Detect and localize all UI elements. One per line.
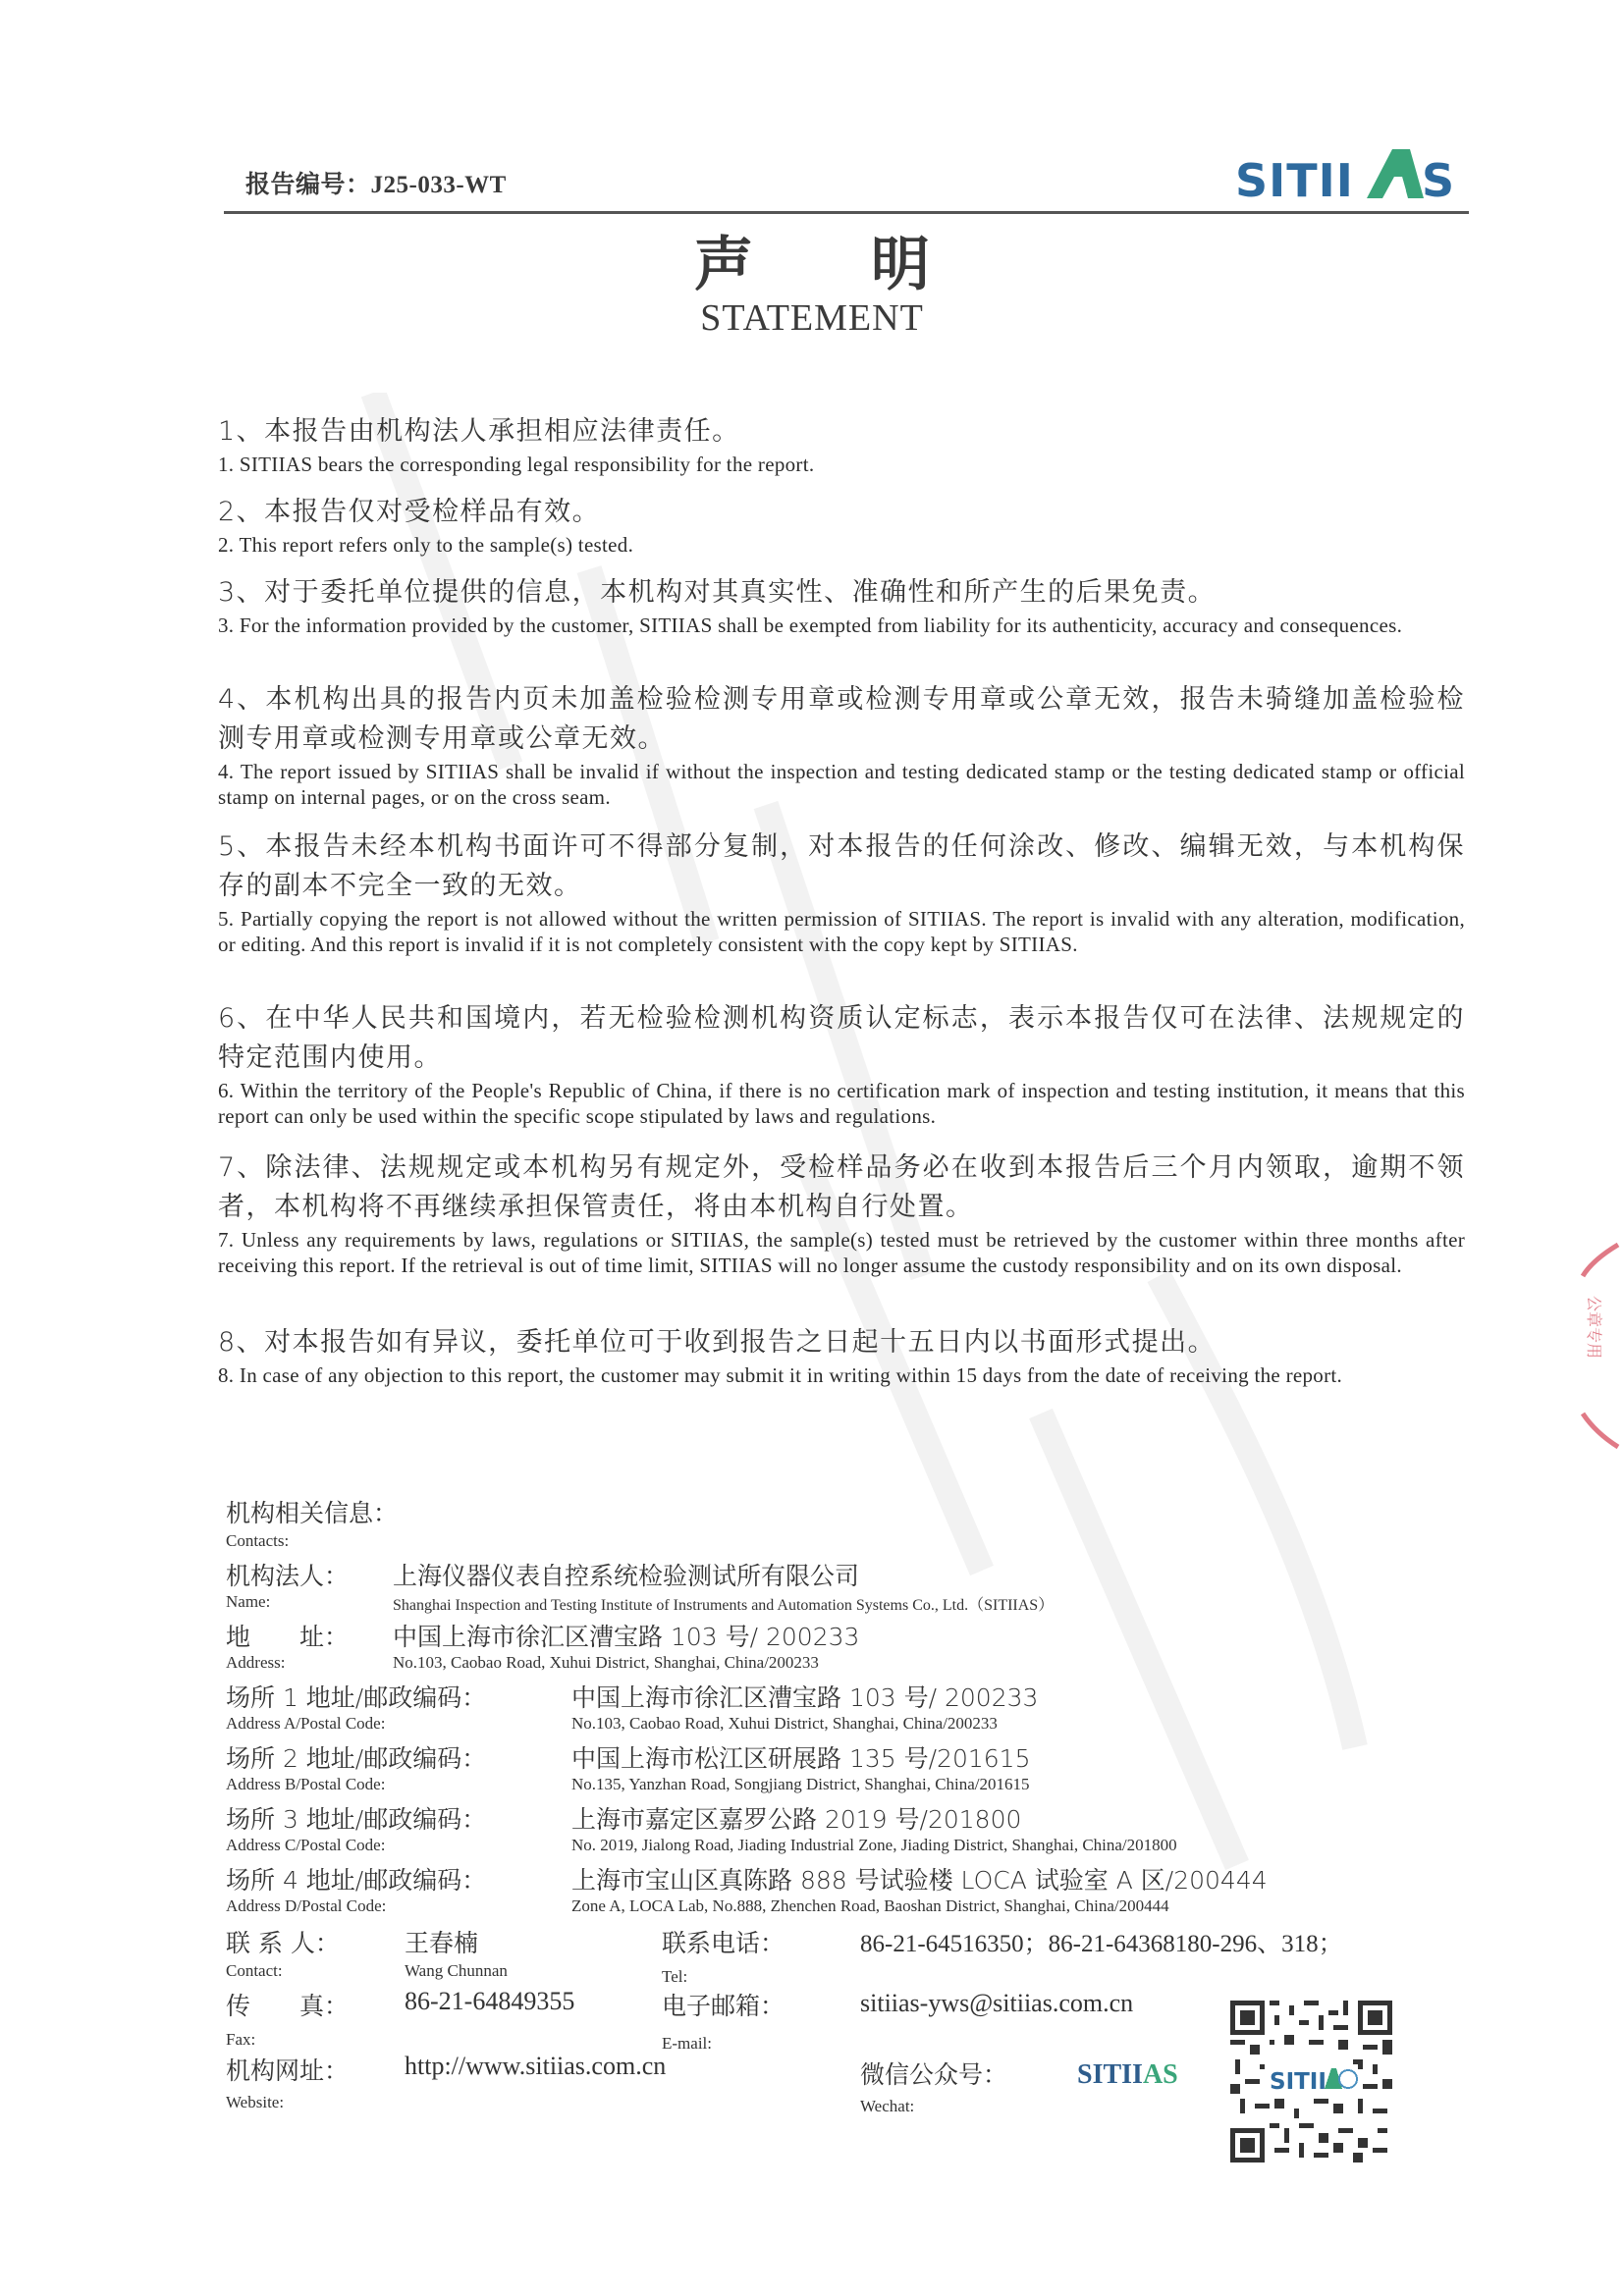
fax-label-en: Fax: [226, 2030, 255, 2050]
statement-en: 7. Unless any requirements by laws, regu… [218, 1227, 1465, 1278]
email-value[interactable]: sitiias-yws@sitiias.com.cn [860, 1989, 1133, 2018]
statement-cn: 4、本机构出具的报告内页未加盖检验检测专用章或检测专用章或公章无效，报告未骑缝加… [218, 680, 1465, 759]
wechat-account-main: SITII [1077, 2059, 1143, 2090]
statement-cn: 3、对于委托单位提供的信息，本机构对其真实性、准确性和所产生的后果免责。 [218, 573, 1465, 613]
website-link[interactable]: http://www.sitiias.com.cn [405, 2052, 666, 2081]
website-label-en: Website: [226, 2093, 284, 2112]
site-2-label-cn: 场所 2 地址/邮政编码： [226, 1739, 486, 1775]
wechat-account-accent: AS [1143, 2059, 1178, 2090]
report-number: 报告编号：J25-033-WT [245, 165, 507, 200]
site-1-value-en: No.103, Caobao Road, Xuhui District, Sha… [571, 1714, 998, 1734]
header-divider [224, 211, 1469, 214]
statement-cn: 5、本报告未经本机构书面许可不得部分复制，对本报告的任何涂改、修改、编辑无效，与… [218, 828, 1465, 906]
contact-value-en: Wang Chunnan [405, 1961, 508, 1981]
statement-cn: 2、本报告仅对受检样品有效。 [218, 493, 1465, 532]
statement-4: 4、本机构出具的报告内页未加盖检验检测专用章或检测专用章或公章无效，报告未骑缝加… [218, 680, 1465, 810]
contacts-heading-en: Contacts: [226, 1531, 289, 1551]
site-3-label-cn: 场所 3 地址/邮政编码： [226, 1800, 486, 1836]
svg-text:S: S [1422, 154, 1454, 202]
website-label-cn: 机构网址： [226, 2052, 349, 2087]
email-label-en: E-mail: [662, 2034, 712, 2054]
contacts-heading-cn: 机构相关信息： [226, 1494, 398, 1529]
statement-6: 6、在中华人民共和国境内，若无检验检测机构资质认定标志，表示本报告仅可在法律、法… [218, 999, 1465, 1129]
statement-cn: 1、本报告由机构法人承担相应法律责任。 [218, 412, 1465, 452]
tel-value[interactable]: 86-21-64516350；86-21-64368180-296、318； [860, 1924, 1343, 1959]
address-value-en: No.103, Caobao Road, Xuhui District, Sha… [393, 1653, 819, 1673]
statement-2: 2、本报告仅对受检样品有效。 2. This report refers onl… [218, 493, 1465, 558]
site-1-label-en: Address A/Postal Code: [226, 1714, 385, 1734]
svg-text:SITII: SITII [1235, 154, 1354, 202]
site-4-label-cn: 场所 4 地址/邮政编码： [226, 1861, 486, 1896]
statement-5: 5、本报告未经本机构书面许可不得部分复制，对本报告的任何涂改、修改、编辑无效，与… [218, 828, 1465, 957]
site-1-value-cn: 中国上海市徐汇区漕宝路 103 号/ 200233 [571, 1679, 1038, 1714]
statement-en: 1. SITIIAS bears the corresponding legal… [218, 452, 1465, 477]
report-number-label: 报告编号： [245, 172, 371, 198]
name-label-en: Name: [226, 1592, 270, 1612]
statement-cn: 8、对本报告如有异议，委托单位可于收到报告之日起十五日内以书面形式提出。 [218, 1323, 1465, 1362]
wechat-label-en: Wechat: [860, 2097, 914, 2116]
fax-label-cn: 传 真： [226, 1987, 349, 2022]
address-value-cn: 中国上海市徐汇区漕宝路 103 号/ 200233 [393, 1618, 859, 1653]
email-label-cn: 电子邮箱： [662, 1987, 785, 2022]
site-1-label-cn: 场所 1 地址/邮政编码： [226, 1679, 486, 1714]
qr-code-icon[interactable]: SITII [1230, 2001, 1392, 2163]
wechat-label-cn: 微信公众号： [860, 2056, 1007, 2091]
contact-label-en: Contact: [226, 1961, 283, 1981]
site-4-label-en: Address D/Postal Code: [226, 1896, 386, 1916]
fax-value: 86-21-64849355 [405, 1987, 574, 2016]
name-value-en: Shanghai Inspection and Testing Institut… [393, 1592, 1054, 1615]
title-chinese: 声明 [0, 218, 1624, 302]
statement-cn: 7、除法律、法规规定或本机构另有规定外，受检样品务必在收到本报告后三个月内领取，… [218, 1148, 1465, 1227]
name-label-cn: 机构法人： [226, 1557, 349, 1592]
report-number-value: J25-033-WT [371, 172, 507, 198]
svg-text:公章专用: 公章专用 [1585, 1296, 1603, 1359]
title-english: STATEMENT [0, 296, 1624, 340]
statement-en: 8. In case of any objection to this repo… [218, 1362, 1465, 1388]
site-3-value-en: No. 2019, Jialong Road, Jiading Industri… [571, 1836, 1177, 1855]
site-2-value-en: No.135, Yanzhan Road, Songjiang District… [571, 1775, 1030, 1794]
statement-en: 4. The report issued by SITIIAS shall be… [218, 759, 1465, 810]
address-label-cn: 地 址： [226, 1618, 349, 1653]
seal-stamp-icon: 公章专用 [1569, 1237, 1624, 1453]
statement-en: 6. Within the territory of the People's … [218, 1078, 1465, 1129]
wechat-account-logo: SITIIAS [1077, 2059, 1178, 2091]
site-4-value-cn: 上海市宝山区真陈路 888 号试验楼 LOCA 试验室 A 区/200444 [571, 1861, 1268, 1896]
statement-8: 8、对本报告如有异议，委托单位可于收到报告之日起十五日内以书面形式提出。 8. … [218, 1323, 1465, 1388]
name-value-cn: 上海仪器仪表自控系统检验测试所有限公司 [393, 1557, 859, 1592]
site-4-value-en: Zone A, LOCA Lab, No.888, Zhenchen Road,… [571, 1896, 1169, 1916]
statement-en: 5. Partially copying the report is not a… [218, 906, 1465, 957]
tel-label-en: Tel: [662, 1967, 687, 1987]
address-label-en: Address: [226, 1653, 285, 1673]
contact-value-cn: 王春楠 [405, 1924, 478, 1959]
statement-cn: 6、在中华人民共和国境内，若无检验检测机构资质认定标志，表示本报告仅可在法律、法… [218, 999, 1465, 1078]
statement-7: 7、除法律、法规规定或本机构另有规定外，受检样品务必在收到本报告后三个月内领取，… [218, 1148, 1465, 1278]
statement-3: 3、对于委托单位提供的信息，本机构对其真实性、准确性和所产生的后果免责。 3. … [218, 573, 1465, 638]
tel-label-cn: 联系电话： [662, 1924, 785, 1959]
contact-label-cn: 联 系 人： [226, 1924, 340, 1959]
statement-en: 3. For the information provided by the c… [218, 613, 1465, 638]
site-3-value-cn: 上海市嘉定区嘉罗公路 2019 号/201800 [571, 1800, 1021, 1836]
statement-en: 2. This report refers only to the sample… [218, 532, 1465, 558]
site-3-label-en: Address C/Postal Code: [226, 1836, 385, 1855]
svg-text:SITII: SITII [1270, 2069, 1326, 2095]
site-2-value-cn: 中国上海市松江区研展路 135 号/201615 [571, 1739, 1030, 1775]
site-2-label-en: Address B/Postal Code: [226, 1775, 385, 1794]
statement-1: 1、本报告由机构法人承担相应法律责任。 1. SITIIAS bears the… [218, 412, 1465, 477]
sitiias-logo-icon: SITII S [1235, 147, 1461, 202]
